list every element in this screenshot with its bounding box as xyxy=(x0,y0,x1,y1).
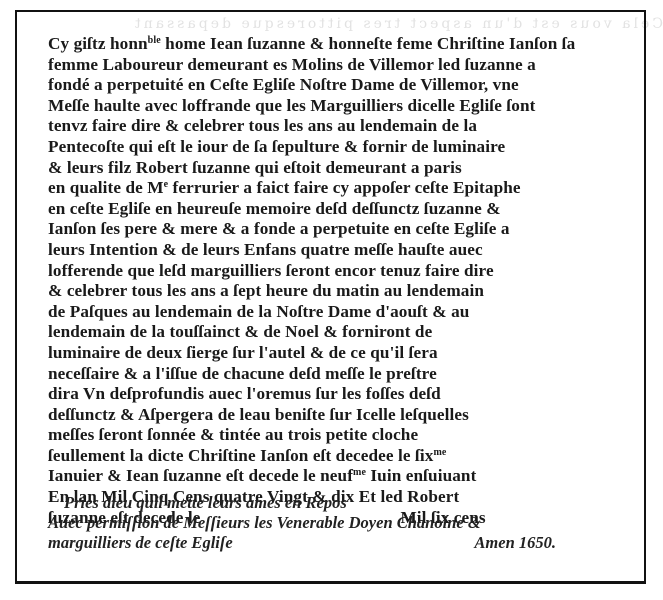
line-text: luminaire de deux ſierge ſur l'autel & d… xyxy=(48,343,438,362)
epitaph-line: neceſſaire & a l'iſſue de chacune deſd m… xyxy=(48,364,638,385)
closing-amen-date: Amen 1650. xyxy=(474,533,556,553)
closing-prayer: Pries dieu quil mette leurs ames en Repo… xyxy=(48,493,608,513)
line-text: & leurs filz Robert ſuzanne qui eſtoit d… xyxy=(48,158,462,177)
epitaph-line: de Paſques au lendemain de la Noſtre Dam… xyxy=(48,302,638,323)
line-text: meſſes ſeront ſonnée & tintée au trois p… xyxy=(48,425,418,444)
line-text: en qualite de M xyxy=(48,178,164,197)
line-text: fondé a perpetuité en Ceſte Egliſe Noſtr… xyxy=(48,75,519,94)
closing-churchwardens: marguilliers de ceſte Egliſe xyxy=(48,533,233,553)
line-text: lofferende que leſd marguilliers ſeront … xyxy=(48,261,494,280)
closing-permission: Auec permiſſion de Meſſieurs les Venerab… xyxy=(48,513,608,533)
line-text: ſeullement la dicte Chriſtine Ianſon eſt… xyxy=(48,446,433,465)
line-text: en ceſte Egliſe en heureuſe memoire deſd… xyxy=(48,199,501,218)
line-text: lendemain de la touſſainct & de Noel & f… xyxy=(48,322,432,341)
epitaph-line: dira Vn deſprofundis auec l'oremus ſur l… xyxy=(48,384,638,405)
line-text: dira Vn deſprofundis auec l'oremus ſur l… xyxy=(48,384,441,403)
line-text-cont: Iuin enſuiuant xyxy=(366,466,476,485)
epitaph-body: Cy giſtz honnble home Iean ſuzanne & hon… xyxy=(48,34,638,528)
closing-signature-line: marguilliers de ceſte Egliſe Amen 1650. xyxy=(48,533,556,553)
epitaph-line: Pentecoſte qui eſt le iour de ſa ſepultu… xyxy=(48,137,638,158)
line-text: neceſſaire & a l'iſſue de chacune deſd m… xyxy=(48,364,437,383)
line-text: femme Laboureur demeurant es Molins de V… xyxy=(48,55,536,74)
line-text: Meſſe haulte avec loffrande que les Marg… xyxy=(48,96,536,115)
epitaph-line: luminaire de deux ſierge ſur l'autel & d… xyxy=(48,343,638,364)
epitaph-line: fondé a perpetuité en Ceſte Egliſe Noſtr… xyxy=(48,75,638,96)
line-text: Pentecoſte qui eſt le iour de ſa ſepultu… xyxy=(48,137,505,156)
line-text: Ianuier & Iean ſuzanne eſt decede le neu… xyxy=(48,466,353,485)
line-text: Cy giſtz honn xyxy=(48,34,148,53)
epitaph-line: ſeullement la dicte Chriſtine Ianſon eſt… xyxy=(48,446,638,467)
epitaph-line: lendemain de la touſſainct & de Noel & f… xyxy=(48,322,638,343)
epitaph-line: Ianſon ſes pere & mere & a fonde a perpe… xyxy=(48,219,638,240)
superscript-abbrev: me xyxy=(433,447,446,458)
epitaph-line: meſſes ſeront ſonnée & tintée au trois p… xyxy=(48,425,638,446)
epitaph-line: Ianuier & Iean ſuzanne eſt decede le neu… xyxy=(48,466,638,487)
epitaph-line: en ceſte Egliſe en heureuſe memoire deſd… xyxy=(48,199,638,220)
epitaph-line: leurs Intention & de leurs Enfans quatre… xyxy=(48,240,638,261)
epitaph-line: deſſunctz & Aſpergera de leau beniſte ſu… xyxy=(48,405,638,426)
epitaph-line: femme Laboureur demeurant es Molins de V… xyxy=(48,55,638,76)
epitaph-line: & leurs filz Robert ſuzanne qui eſtoit d… xyxy=(48,158,638,179)
line-text: de Paſques au lendemain de la Noſtre Dam… xyxy=(48,302,469,321)
superscript-abbrev: ble xyxy=(148,35,161,46)
line-text: Ianſon ſes pere & mere & a fonde a perpe… xyxy=(48,219,510,238)
line-text: leurs Intention & de leurs Enfans quatre… xyxy=(48,240,483,259)
line-text-cont: home Iean ſuzanne & honneſte feme Chriſt… xyxy=(161,34,576,53)
line-text: tenvz faire dire & celebrer tous les ans… xyxy=(48,116,477,135)
epitaph-line: lofferende que leſd marguilliers ſeront … xyxy=(48,261,638,282)
epitaph-closing: Pries dieu quil mette leurs ames en Repo… xyxy=(48,493,608,553)
epitaph-line: & celebrer tous les ans a ſept heure du … xyxy=(48,281,638,302)
epitaph-line: tenvz faire dire & celebrer tous les ans… xyxy=(48,116,638,137)
line-text-cont: ferrurier a faict faire cy appoſer ceſte… xyxy=(168,178,520,197)
epitaph-line: Cy giſtz honnble home Iean ſuzanne & hon… xyxy=(48,34,638,55)
line-text: & celebrer tous les ans a ſept heure du … xyxy=(48,281,484,300)
line-text: deſſunctz & Aſpergera de leau beniſte ſu… xyxy=(48,405,469,424)
epitaph-line: Meſſe haulte avec loffrande que les Marg… xyxy=(48,96,638,117)
superscript-abbrev: me xyxy=(353,467,366,478)
epitaph-line: en qualite de Me ferrurier a faict faire… xyxy=(48,178,638,199)
